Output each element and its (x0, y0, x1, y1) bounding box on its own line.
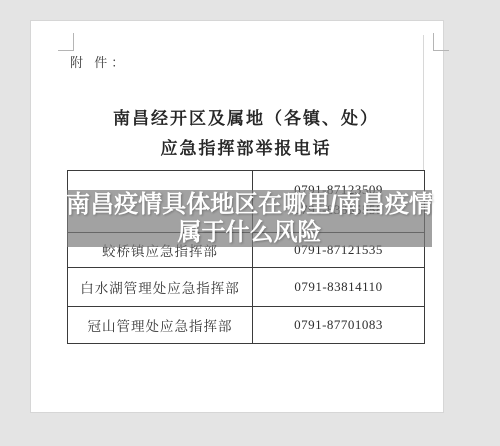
table-row: 冠山管理处应急指挥部 0791-87701083 (68, 306, 424, 343)
phone-cell: 0791-83814110 (253, 268, 424, 306)
phone-number: 0791-87701083 (294, 317, 383, 333)
document-title-line2: 应急指挥部举报电话 (67, 134, 425, 159)
caption-overlay-banner: 南昌疫情具体地区在哪里/南昌疫情 属于什么风险 (67, 190, 432, 247)
caption-line1: 南昌疫情具体地区在哪里/南昌疫情 (66, 191, 433, 219)
dept-cell: 冠山管理处应急指挥部 (68, 307, 253, 343)
table-row: 白水湖管理处应急指挥部 0791-83814110 (68, 267, 424, 306)
phone-number: 0791-83814110 (294, 279, 382, 295)
document-title-line1: 南昌经开区及属地（各镇、处） (67, 104, 425, 129)
attachment-label: 附 件： (70, 52, 128, 71)
page-margin-mark-top-left (58, 33, 74, 51)
dept-cell: 白水湖管理处应急指挥部 (68, 268, 253, 306)
page-margin-mark-top-right (433, 33, 449, 51)
phone-cell: 0791-87701083 (253, 307, 424, 343)
caption-line2: 属于什么风险 (178, 219, 322, 247)
